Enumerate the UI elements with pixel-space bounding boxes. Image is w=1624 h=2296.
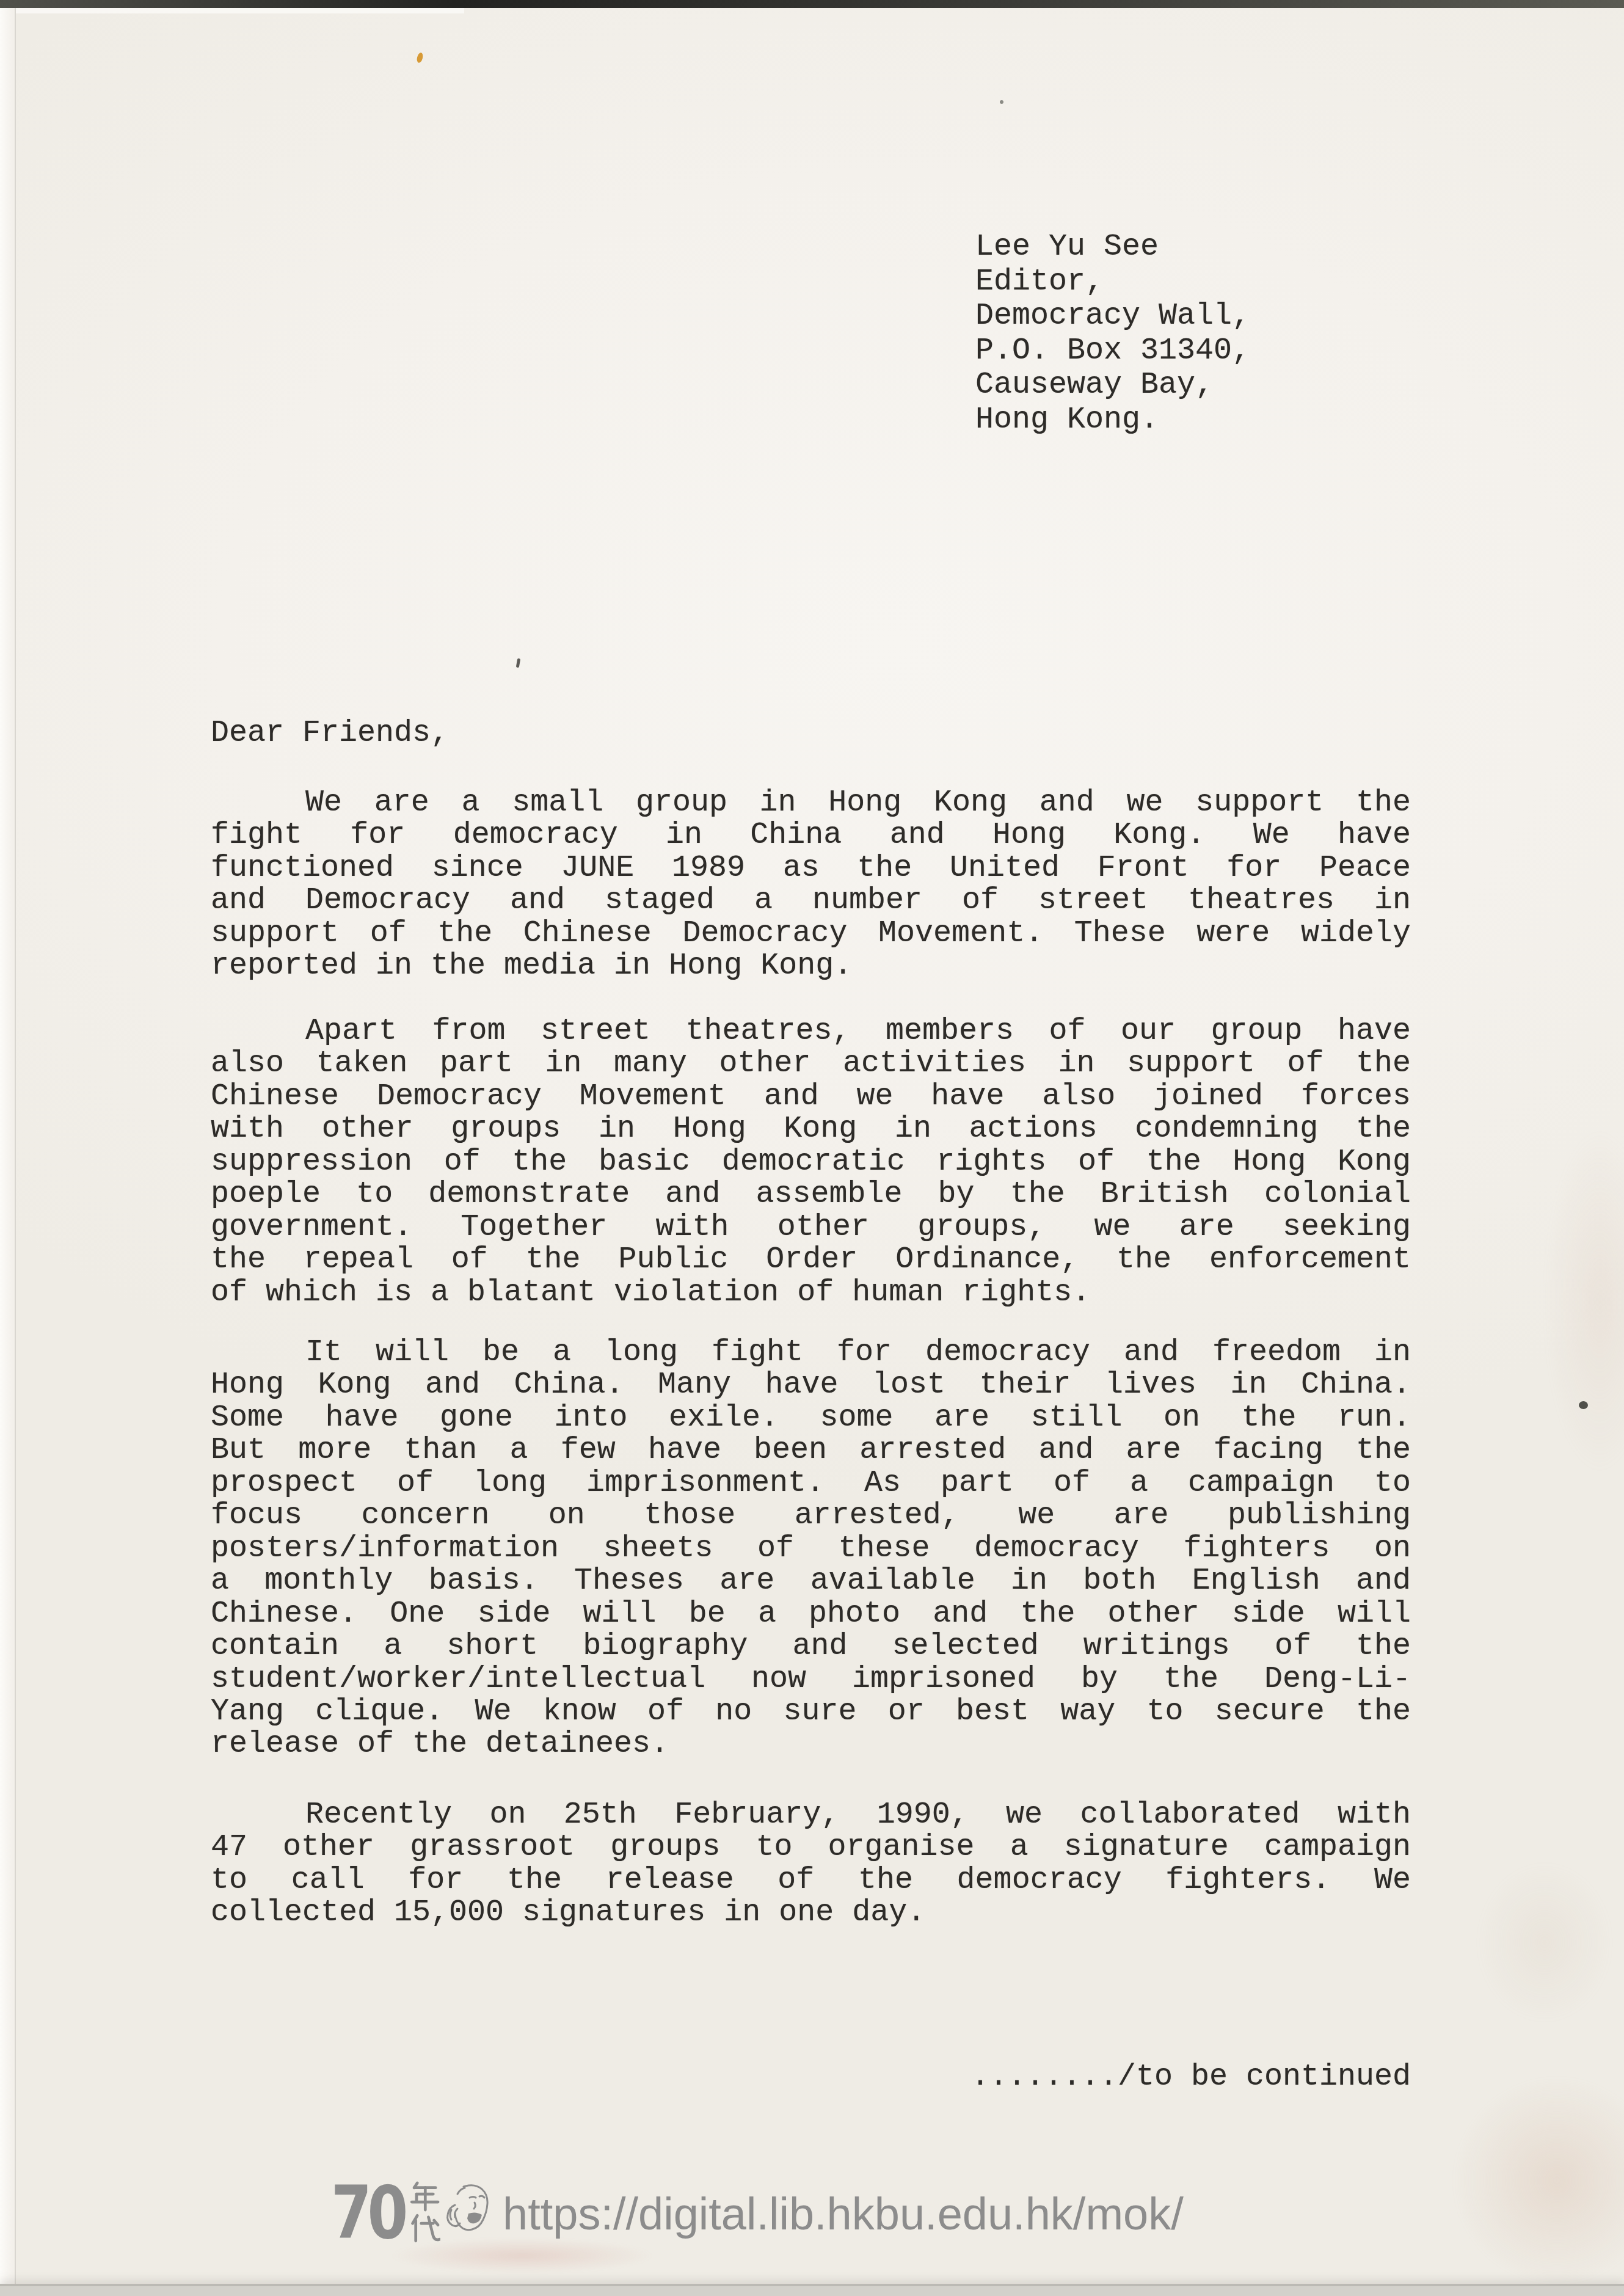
scan-edge-top [0,0,1624,8]
letter-line: focus concern on those arrested, we are … [211,1500,1411,1532]
paragraph-3: It will be a long fight for democracy an… [211,1336,1411,1761]
letter-line: 47 other grassroot groups to organise a … [211,1831,1411,1864]
letter-line: Hong Kong and China. Many have lost thei… [211,1369,1411,1401]
letter-line: government. Together with other groups, … [211,1211,1411,1244]
letter-line: reported in the media in Hong Kong. [211,950,1411,982]
sender-po-box: P.O. Box 31340, [975,334,1250,369]
paper-speck [1579,1401,1588,1409]
letter-line: Chinese Democracy Movement and we have a… [211,1081,1411,1113]
paper-speck [516,658,521,668]
letter-line: suppression of the basic democratic righ… [211,1146,1411,1178]
letter-line: poeple to demonstrate and assemble by th… [211,1178,1411,1211]
sender-city: Hong Kong. [975,403,1250,438]
letter-line: Recently on 25th February, 1990, we coll… [211,1799,1411,1831]
shouting-face-icon [443,2182,493,2246]
letter-line: release of the detainees. [211,1728,1411,1760]
paragraph-1: We are a small group in Hong Kong and we… [211,787,1411,983]
letter-line: contain a short biography and selected w… [211,1630,1411,1663]
sender-name: Lee Yu See [975,230,1250,265]
logo-nian-dai-icon [409,2181,440,2247]
letter-line: student/worker/intellectual now imprison… [211,1663,1411,1696]
letter-line: prospect of long imprisonment. As part o… [211,1467,1411,1500]
scan-edge-left [0,8,16,2285]
letter-line: Apart from street theatres, members of o… [211,1015,1411,1048]
letter-line: Yang clique. We know of no sure or best … [211,1696,1411,1728]
scanned-letter-page: { "colors": { "paper": "#f4f1ec", "ink":… [0,0,1624,2296]
letter-line: It will be a long fight for democracy an… [211,1336,1411,1369]
letter-line: functioned since JUNE 1989 as the United… [211,852,1411,884]
letter-line: posters/information sheets of these demo… [211,1532,1411,1565]
watermark-url: https://digital.lib.hkbu.edu.hk/mok/ [503,2188,1184,2240]
scan-edge-bottom [0,2286,1624,2296]
paragraph-4: Recently on 25th February, 1990, we coll… [211,1799,1411,1930]
seventies-logo-text: 70 [331,2183,404,2244]
paper-stain [1453,2077,1624,2284]
paper-speck [1000,100,1003,104]
paper-stain [1477,1863,1612,2022]
continuation-note: ......../to be continued [211,2060,1411,2094]
watermark-footer: 70 https://digital.lib.hkbu.edu.hk/mok/ [331,2179,1184,2248]
letter-line: to call for the release of the democracy… [211,1864,1411,1897]
sender-address-block: Lee Yu See Editor, Democracy Wall, P.O. … [975,230,1250,437]
letter-line: of which is a blatant violation of human… [211,1277,1411,1309]
paper-stain [1545,1130,1624,1472]
letter-line: also taken part in many other activities… [211,1048,1411,1080]
sender-title: Editor, [975,265,1250,300]
sender-district: Causeway Bay, [975,368,1250,403]
paper-speck [416,52,424,64]
letter-line: support of the Chinese Democracy Movemen… [211,917,1411,950]
letter-line: But more than a few have been arrested a… [211,1434,1411,1467]
letter-line: a monthly basis. Theses are available in… [211,1565,1411,1597]
letter-line: with other groups in Hong Kong in action… [211,1113,1411,1145]
letter-line: We are a small group in Hong Kong and we… [211,787,1411,819]
letter-line: Some have gone into exile. some are stil… [211,1402,1411,1434]
salutation: Dear Friends, [211,716,449,751]
letter-line: collected 15,000 signatures in one day. [211,1897,1411,1929]
sender-organisation: Democracy Wall, [975,299,1250,334]
letter-line: the repeal of the Public Order Ordinance… [211,1244,1411,1276]
letter-line: and Democracy and staged a number of str… [211,884,1411,917]
paragraph-2: Apart from street theatres, members of o… [211,1015,1411,1309]
letter-line: Chinese. One side will be a photo and th… [211,1598,1411,1630]
scan-edge-top-sliver [0,8,464,13]
letter-line: fight for democracy in China and Hong Ko… [211,819,1411,851]
